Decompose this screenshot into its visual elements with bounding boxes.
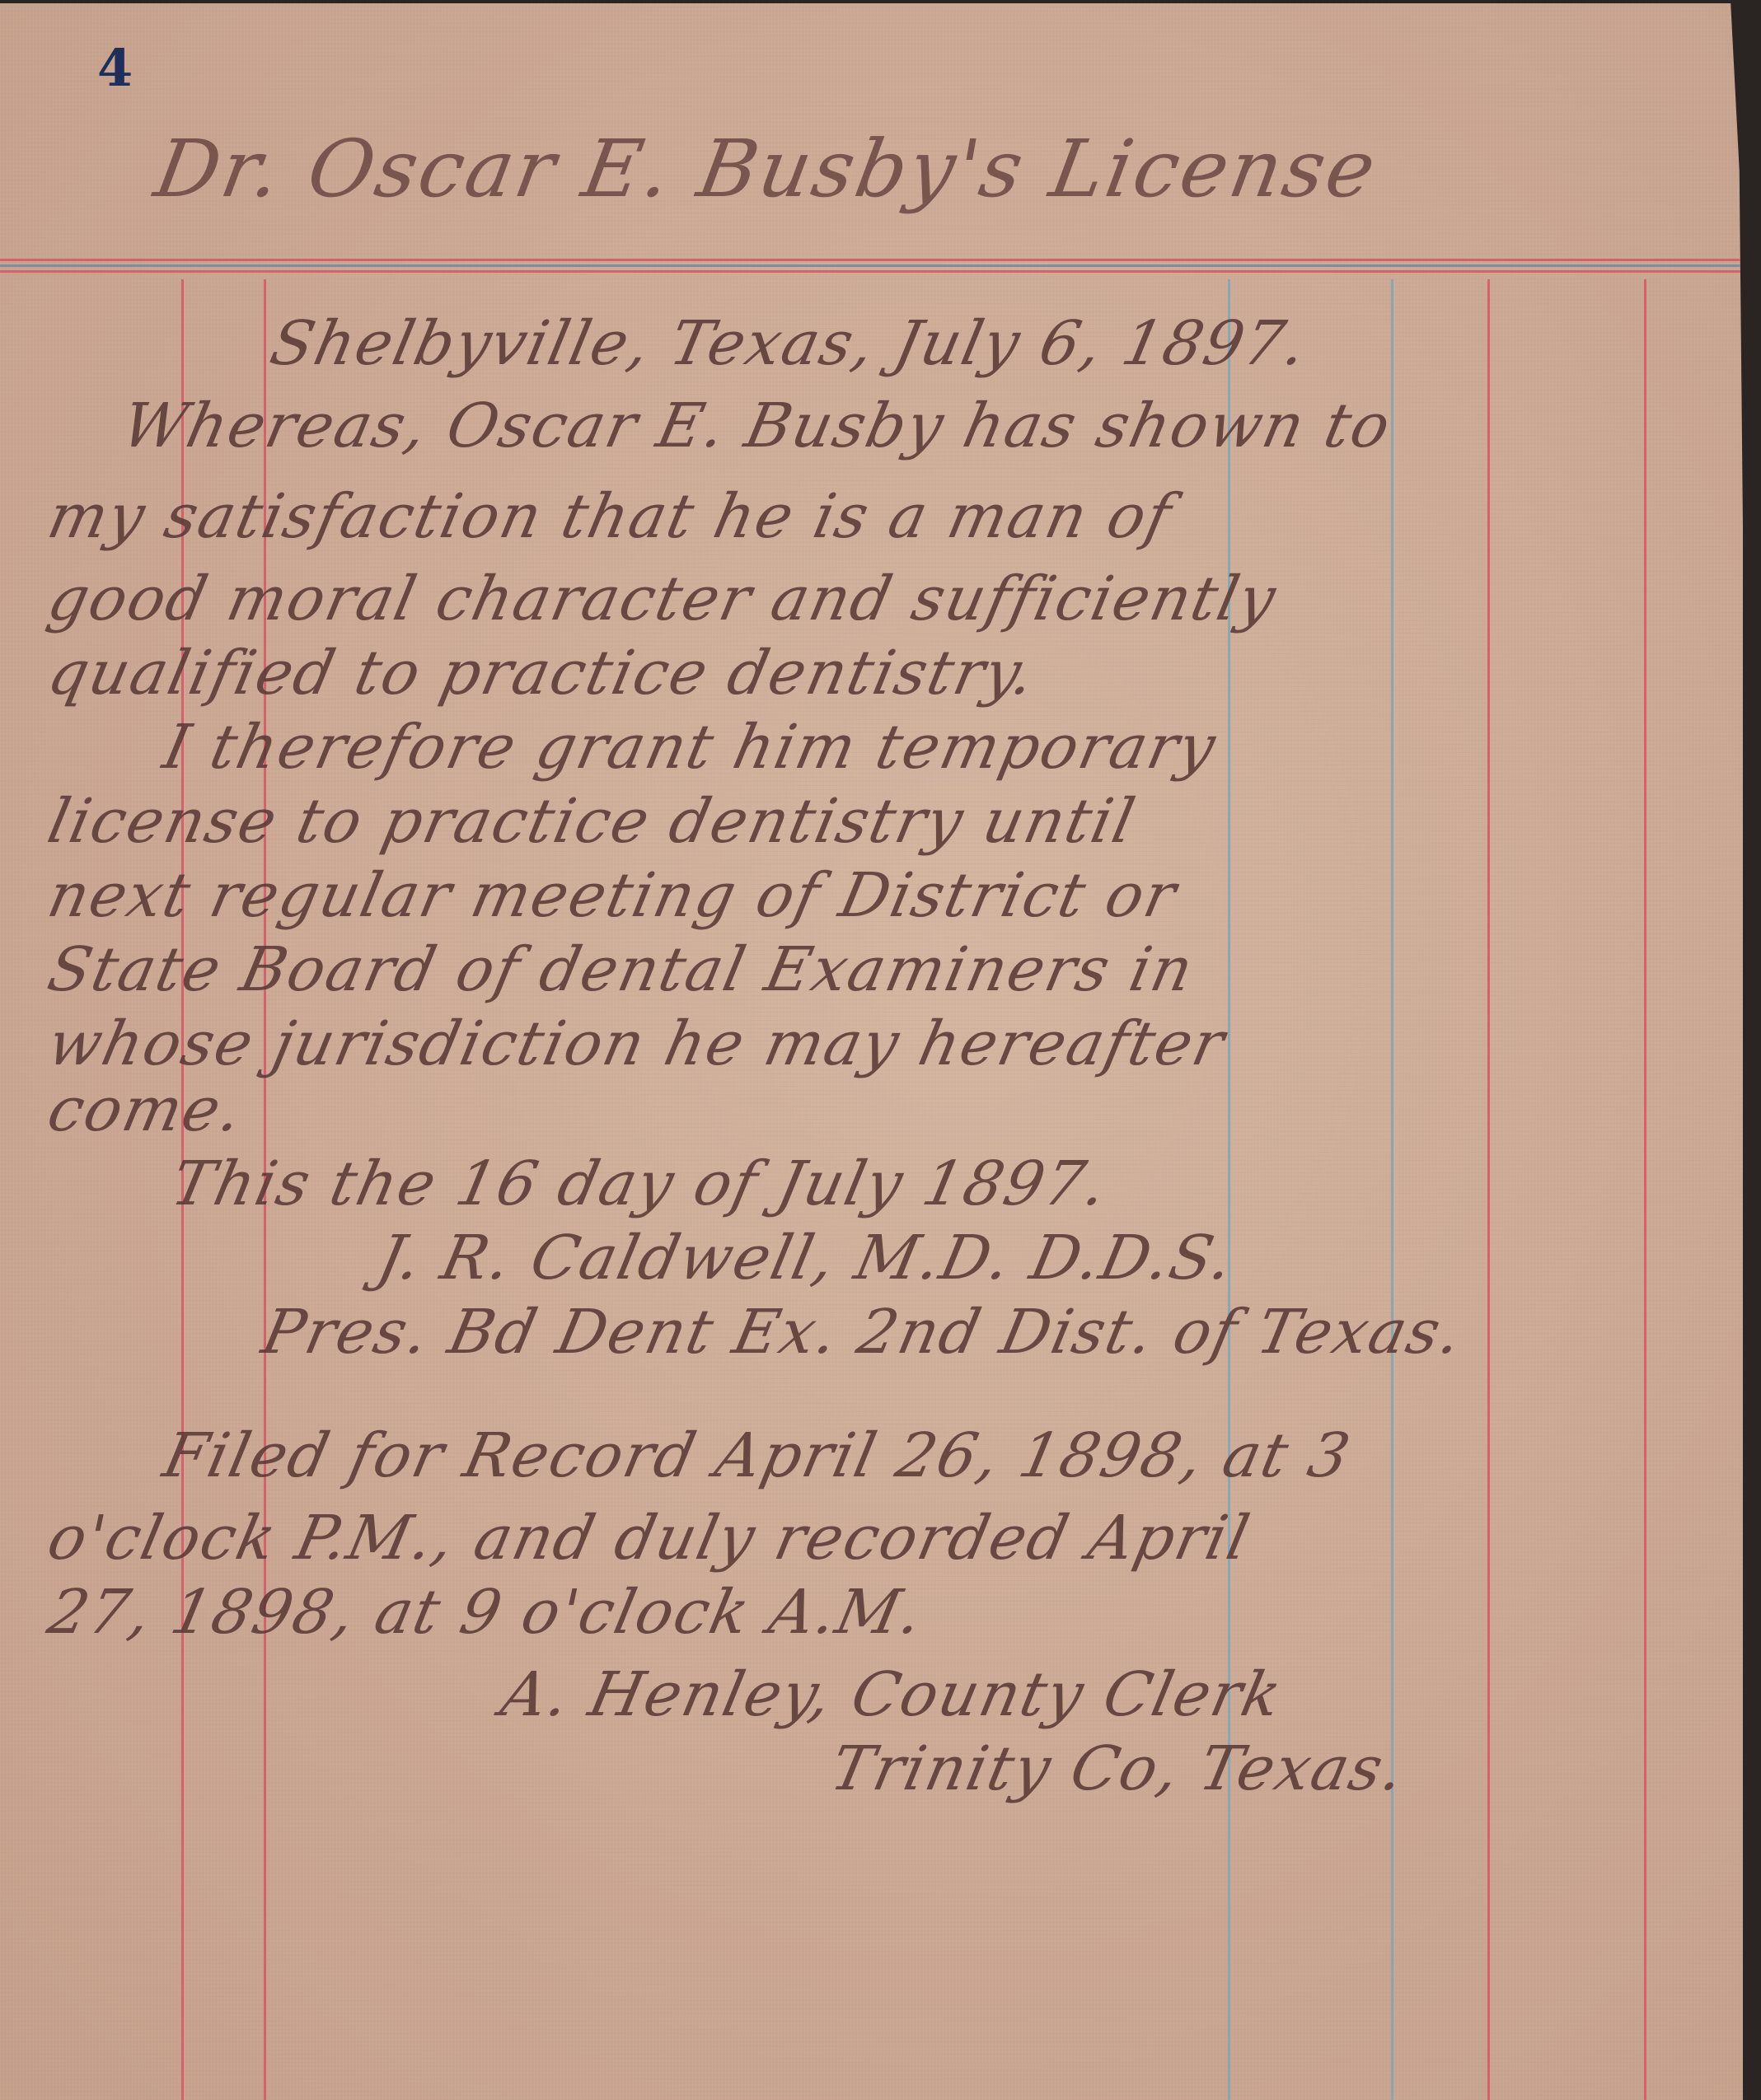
clerk-county-line: Trinity Co, Texas.: [825, 1733, 1412, 1804]
body-line: qualified to practice dentistry.: [42, 638, 1042, 709]
header-rule-middle: [0, 264, 1761, 267]
body-line: my satisfaction that he is a man of: [42, 481, 1178, 552]
body-line: good moral character and sufficiently: [42, 564, 1283, 634]
header-rule-bottom: [0, 270, 1761, 273]
dated-line: This the 16 day of July 1897.: [166, 1148, 1114, 1219]
page-number: 4: [97, 38, 133, 98]
column-rule-blue-1: [1228, 279, 1230, 2100]
column-rule-red-2: [1644, 279, 1646, 2100]
filing-line: 27, 1898, at 9 o'clock A.M.: [42, 1577, 930, 1648]
body-line: whose jurisdiction he may hereafter: [42, 1008, 1232, 1079]
body-line: license to practice dentistry until: [42, 786, 1142, 857]
signature-line: J. R. Caldwell, M.D. D.D.S.: [372, 1223, 1240, 1293]
body-line: come.: [42, 1074, 250, 1145]
place-date-line: Shelbyville, Texas, July 6, 1897.: [265, 308, 1314, 379]
page-title: Dr. Oscar E. Busby's License: [148, 123, 1384, 215]
ledger-page: 4 Dr. Oscar E. Busby's License Shelbyvil…: [0, 3, 1743, 2100]
filing-line: o'clock P.M., and duly recorded April: [42, 1503, 1257, 1574]
body-line: State Board of dental Examiners in: [42, 934, 1201, 1005]
signer-title-line: Pres. Bd Dent Ex. 2nd Dist. of Texas.: [256, 1297, 1469, 1368]
clerk-signature-line: A. Henley, County Clerk: [495, 1659, 1289, 1730]
body-line: I therefore grant him temporary: [157, 712, 1223, 783]
column-rule-blue-2: [1391, 279, 1393, 2100]
body-line: next regular meeting of District or: [42, 860, 1183, 931]
filing-line: Filed for Record April 26, 1898, at 3: [157, 1420, 1357, 1491]
column-rule-red-1: [1487, 279, 1490, 2100]
body-line: Whereas, Oscar E. Busby has shown to: [116, 391, 1398, 461]
header-rule-top: [0, 259, 1761, 261]
